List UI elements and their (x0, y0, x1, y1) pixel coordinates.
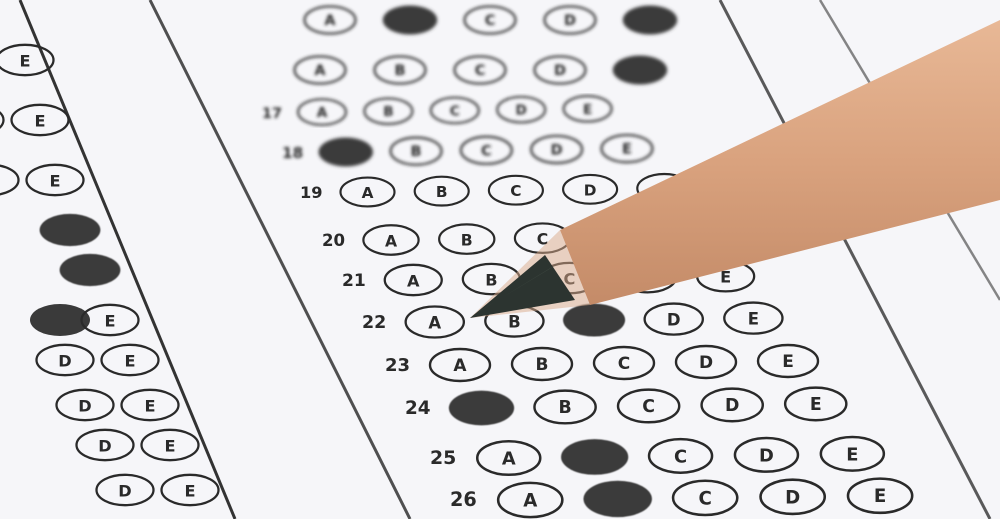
bubble-17-B: B (364, 98, 412, 124)
bubble-25-B (561, 439, 628, 475)
bubble-letter: D (516, 103, 527, 119)
bubble-letter: A (453, 356, 467, 376)
bubble-20-A: A (363, 225, 418, 254)
bubble-left-E: E (142, 430, 199, 460)
bubble-letter: A (407, 272, 420, 291)
bubble-letter: E (874, 486, 886, 507)
bubble-22-C (563, 304, 625, 337)
bubble-18-C: C (461, 137, 512, 164)
question-row-25: 25ACDE (430, 437, 884, 475)
bubble-left-E: E (102, 345, 159, 375)
bubble-23-D: D (676, 346, 736, 378)
bubble-letter: B (411, 144, 422, 160)
bubble-24-C: C (618, 390, 679, 423)
bubble-25-A: A (477, 441, 540, 475)
bubble-top-D: D (545, 6, 596, 33)
bubble-letter: D (551, 142, 563, 158)
bubble-24-B: B (534, 391, 595, 424)
bubble-top-B (383, 6, 437, 35)
bubble-17-A: A (298, 99, 346, 125)
bubble-top-D: D (535, 56, 586, 83)
bubble-25-D: D (735, 438, 798, 472)
bubble-18-D: D (531, 136, 582, 163)
bubble-23-E: E (758, 345, 818, 377)
bubble-26-D: D (761, 480, 825, 514)
bubble-17-E: E (564, 96, 612, 122)
question-number: 17 (262, 106, 282, 122)
bubble-23-B: B (512, 348, 572, 380)
bubble-19-A: A (341, 178, 395, 207)
pencil (470, 20, 1000, 318)
bubble-letter: D (759, 445, 774, 466)
bubble-18-A (319, 138, 373, 167)
bubble-18-B: B (391, 138, 442, 165)
bubble-letter: E (583, 102, 592, 118)
bubble-17-D: D (497, 97, 545, 123)
bubble-letter: C (475, 63, 486, 79)
bubble-left-E: E (82, 305, 139, 335)
bubble-letter: D (58, 352, 71, 371)
bubble-left-D: D (0, 105, 4, 135)
question-number: 20 (322, 231, 345, 250)
bubble-top-E (623, 6, 677, 35)
bubble-left-D: D (0, 165, 19, 195)
question-number: 24 (405, 398, 431, 419)
question-row-17: 17ABCDE (262, 96, 612, 125)
bubble-letter: E (748, 310, 759, 329)
bubble-left-E (40, 214, 101, 246)
bubble-letter: C (485, 13, 496, 29)
bubble-letter: C (698, 488, 711, 509)
bubble-letter: D (699, 353, 713, 373)
bubble-top-A: A (295, 56, 346, 83)
bubble-top-A: A (305, 6, 356, 33)
question-row-18: 18BCDE (282, 135, 652, 166)
bubble-letter: B (383, 104, 393, 120)
bubble-letter: A (317, 105, 328, 121)
bubble-26-C: C (673, 481, 737, 515)
bubble-letter: B (558, 398, 571, 418)
bubble-letter: E (124, 352, 135, 371)
bubble-letter: B (485, 271, 497, 290)
bubble-letter: C (642, 397, 655, 417)
bubble-26-B (583, 481, 651, 517)
bubble-letter: E (144, 397, 155, 416)
question-row-26: 26ACDE (450, 479, 912, 518)
bubble-letter: B (394, 63, 405, 79)
bubble-top-B: B (375, 56, 426, 83)
question-row-23: 23ABCDE (385, 345, 818, 381)
bubble-23-C: C (594, 347, 654, 379)
bubble-letter: A (362, 184, 374, 202)
bubble-19-D: D (563, 175, 617, 204)
bubble-letter: C (618, 354, 630, 374)
bubble-letter: E (810, 395, 822, 415)
bubble-24-D: D (702, 389, 763, 422)
question-number: 26 (450, 488, 477, 511)
question-row-24: 24BCDE (405, 388, 846, 426)
bubble-18-E: E (601, 135, 652, 162)
bubble-left-E: E (122, 390, 179, 420)
bubble-letter: D (118, 482, 131, 501)
bubble-19-B: B (415, 177, 469, 206)
bubble-letter: E (782, 352, 794, 372)
bubble-24-E: E (785, 388, 846, 421)
bubble-24-A (449, 391, 514, 426)
bubble-letter: B (536, 355, 549, 375)
answer-sheet: DEDEDEEDEDEDEDE ACDABCD 17ABCDE18BCDE19A… (0, 0, 1000, 519)
bubble-letter: D (564, 13, 576, 29)
bubble-letter: A (314, 63, 326, 79)
bubble-letter: E (622, 142, 632, 158)
bubble-20-B: B (439, 224, 494, 253)
bubble-25-E: E (821, 437, 884, 471)
bubble-25-C: C (649, 439, 712, 473)
bubble-19-C: C (489, 176, 543, 205)
blurred-top-rows: ACDABCD (295, 6, 678, 85)
bubble-21-A: A (385, 265, 442, 295)
bubble-left-D: D (77, 430, 134, 460)
bubble-letter: A (324, 13, 336, 29)
bubble-letter: D (78, 397, 91, 416)
bubble-letter: D (667, 311, 681, 330)
bubble-left-D: D (97, 475, 154, 505)
bubble-left-E: E (27, 165, 84, 195)
bubble-letter: D (584, 181, 597, 199)
bubble-22-E: E (724, 303, 782, 334)
bubble-letter: A (385, 232, 398, 251)
bubble-letter: E (19, 52, 30, 71)
bubble-letter: E (846, 444, 858, 465)
bubble-letter: B (508, 313, 521, 332)
bubble-22-D: D (645, 304, 703, 335)
bubble-letter: D (785, 487, 800, 508)
bubble-letter: D (98, 437, 111, 456)
question-number: 21 (342, 271, 366, 291)
answer-sheet-photo: DEDEDEEDEDEDEDE ACDABCD 17ABCDE18BCDE19A… (0, 0, 1000, 519)
bubble-letter: C (450, 103, 460, 119)
bubble-letter: A (523, 491, 537, 512)
bubble-left-E: E (12, 105, 69, 135)
left-column-bubbles: DEDEDEEDEDEDEDE (0, 45, 219, 505)
question-number: 18 (282, 144, 303, 162)
bubble-top-C: C (465, 6, 516, 33)
bubble-letter: C (510, 182, 521, 200)
bubble-23-A: A (430, 349, 490, 381)
bubble-letter: E (184, 482, 195, 501)
bubble-26-E: E (848, 479, 912, 513)
bubble-top-E (613, 56, 667, 85)
bubble-left-D: D (37, 345, 94, 375)
bubble-22-A: A (406, 306, 464, 337)
bubble-letter: A (428, 314, 441, 333)
bubble-top-C: C (455, 56, 506, 83)
bubble-left-E (60, 254, 121, 286)
question-number: 22 (362, 313, 386, 333)
bubble-letter: A (502, 449, 516, 470)
bubble-letter: E (34, 112, 45, 131)
bubble-left-E: E (162, 475, 219, 505)
bubble-letter: D (725, 396, 739, 416)
bubble-letter: E (164, 437, 175, 456)
bubble-17-C: C (431, 98, 479, 124)
bubble-letter: D (554, 63, 566, 79)
bubble-letter: E (49, 172, 60, 191)
bubble-letter: C (674, 446, 687, 467)
bubble-letter: B (461, 231, 473, 250)
bubble-left-D: D (57, 390, 114, 420)
question-number: 23 (385, 355, 410, 376)
question-number: 25 (430, 447, 456, 469)
question-number: 19 (300, 183, 323, 202)
bubble-letter: B (436, 183, 448, 201)
bubble-letter: E (104, 312, 115, 331)
bubble-letter: C (481, 143, 492, 159)
question-row-22: 22ABDE (362, 303, 782, 338)
bubble-26-A: A (498, 483, 562, 517)
